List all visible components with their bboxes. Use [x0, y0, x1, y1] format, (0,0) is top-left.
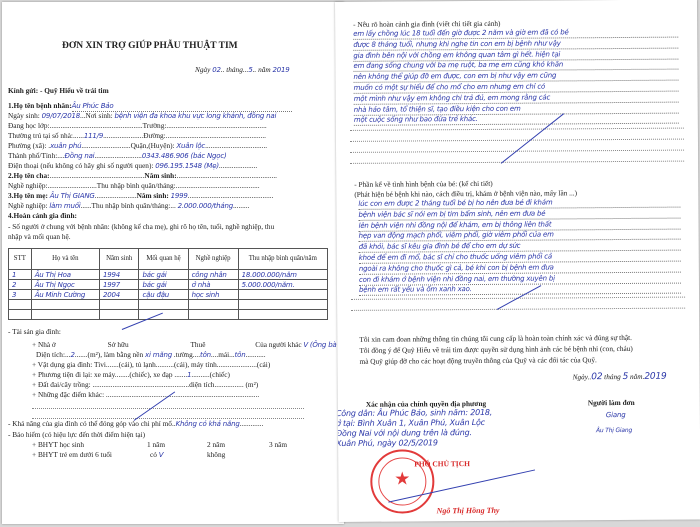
- address-row: Thường trú tại số nhà:......111/9.......…: [8, 131, 266, 141]
- applicant-heading: Người làm đơn: [588, 398, 635, 407]
- circumstance-heading: - Nêu rõ hoàn cảnh gia đình (viết chi ti…: [353, 19, 500, 29]
- table-cell: 2004: [99, 290, 139, 300]
- table-cell: bác gái: [139, 270, 188, 280]
- appliances-row: + Vật dụng gia đình: Tivi.......(cái), t…: [32, 360, 270, 369]
- text-line: Xuân Phú, ngày 02/5/2019: [336, 438, 438, 448]
- assets-heading: - Tài sản gia đình:: [8, 327, 61, 336]
- table-cell: 5.000.000/năm.: [238, 280, 327, 290]
- insurance-child-row: + BHYT trẻ em dưới 6 tuổi có V không: [32, 450, 332, 459]
- patient-dob-row: Ngày sinh: 09/07/2018...Nơi sinh: bệnh v…: [8, 111, 276, 121]
- table-header: Mối quan hệ: [139, 249, 188, 270]
- table-cell: [188, 310, 238, 320]
- table-header: STT: [9, 249, 32, 270]
- family-desc-2: nhập và mối quan hệ.: [8, 232, 71, 241]
- text-line: bệnh em rất yếu và ốm xanh xao.: [359, 284, 681, 296]
- form-page-2: - Nêu rõ hoàn cảnh gia đình (viết chi ti…: [335, 0, 700, 522]
- other-features-row: + Những đặc điểm khác: .................…: [32, 390, 259, 399]
- table-cell: [31, 310, 99, 320]
- ability-row: - Khả năng của gia đình có thể đóng góp …: [8, 419, 263, 429]
- table-cell: cậu đậu: [139, 290, 188, 300]
- illness-heading: - Phần kể về tình hình bệnh của bé: (kể …: [354, 179, 492, 189]
- table-header: Năm sinh: [99, 249, 139, 270]
- text-line: ở tại: Bình Xuân 1, Xuân Phú, Xuân Lộc: [336, 418, 485, 428]
- text-line: Tôi xin cam đoan những thông tin chúng t…: [359, 333, 632, 344]
- father-row: 2.Họ tên cha:...........................…: [8, 171, 277, 180]
- table-row: [9, 310, 328, 320]
- table-cell: Âu Thị Ngọc: [31, 280, 99, 290]
- housing-row: + Nhà ở Sở hữu Thuê Của người khác V (Ôn…: [32, 340, 344, 350]
- text-line: một cuộc sống như bao đứa trẻ khác.: [354, 114, 679, 126]
- table-cell: công nhân: [188, 270, 238, 280]
- authority-title: PHÓ CHỦ TỊCH: [414, 459, 470, 468]
- table-cell: [99, 300, 139, 310]
- insurance-heading: - Bảo hiểm (có hiệu lực đến thời điểm hi…: [8, 430, 145, 439]
- applicant-name: Âu Thị Giang: [596, 426, 632, 435]
- table-row: [9, 300, 328, 310]
- ward-row: Phường (xã): .xuân phú..................…: [8, 141, 267, 151]
- family-desc: - Số người ở chung với bệnh nhân: (không…: [8, 222, 274, 231]
- table-cell: 18.000.000/năm: [238, 270, 327, 280]
- table-cell: [238, 300, 327, 310]
- text-line: Đồng Nai với nội dung trên là đúng.: [336, 428, 472, 438]
- table-row: 2Âu Thị Ngọc1997bác gáiở nhà5.000.000/nă…: [9, 280, 328, 290]
- table-cell: [238, 310, 327, 320]
- insurance-student-row: + BHYT học sinh 1 năm 2 năm 3 năm: [32, 440, 332, 449]
- authority-signer: Ngô Thị Hồng Thy: [437, 506, 500, 515]
- vehicle-row: + Phương tiện đi lại: xe máy........(chi…: [32, 370, 230, 380]
- table-cell: học sinh: [188, 290, 238, 300]
- applicant-signature: Giang: [606, 411, 626, 420]
- mother-job-row: Nghề nghiệp: làm muối......Thu nhập bình…: [8, 201, 249, 211]
- illness-subheading: (Phát hiện bé bệnh khi nào, cách điều tr…: [354, 188, 577, 199]
- table-cell: [9, 310, 32, 320]
- table-row: 3Âu Minh Cường2004cậu đậuhọc sinh: [9, 290, 328, 300]
- table-cell: [188, 300, 238, 310]
- mother-row: 3.Họ tên mẹ: Âu Thị GIANG...............…: [8, 191, 273, 201]
- table-cell: Âu Thị Hoa: [31, 270, 99, 280]
- table-cell: 1: [9, 270, 32, 280]
- illness-text: lúc con em được 2 tháng tuổi bé bị ho nê…: [335, 0, 697, 2]
- father-job-row: Nghề nghiệp:...........................T…: [8, 181, 260, 190]
- text-line: mà Quỹ giúp đỡ cho các hoạt động truyền …: [359, 355, 596, 366]
- form-page-1: ĐƠN XIN TRỢ GIÚP PHẪU THUẬT TIM Ngày 02.…: [2, 2, 344, 524]
- table-cell: Âu Minh Cường: [31, 290, 99, 300]
- city-row: Thành phố/Tỉnh:....Đồng nai.............…: [8, 151, 227, 161]
- family-heading: 4.Hoàn cảnh gia đình:: [8, 211, 77, 220]
- table-cell: [99, 310, 139, 320]
- date-bottom: Ngày..02 tháng 5 năm.2019: [573, 372, 667, 383]
- table-header: Họ và tên: [31, 249, 99, 270]
- blank-line: [32, 408, 304, 409]
- table-cell: bác gái: [139, 280, 188, 290]
- table-cell: ở nhà: [188, 280, 238, 290]
- table-cell: 3: [9, 290, 32, 300]
- blank-line: [350, 139, 684, 142]
- blank-line: [351, 308, 685, 311]
- table-cell: [238, 290, 327, 300]
- blank-line: [350, 128, 684, 131]
- table-cell: [139, 300, 188, 310]
- recipient: Kính gửi: - Quỹ Hiểu về trái tim: [8, 86, 109, 95]
- class-row: Đang học lớp:...........................…: [8, 121, 267, 130]
- text-line: Công dân: Âu Phúc Bảo, sinh năm: 2018,: [336, 408, 492, 418]
- table-row: 1Âu Thị Hoa1994bác gáicông nhân18.000.00…: [9, 270, 328, 280]
- table-cell: 1997: [99, 280, 139, 290]
- table-cell: 1994: [99, 270, 139, 280]
- date-top: Ngày 02.. tháng...5.. năm 2019: [195, 65, 290, 75]
- circumstance-text: em lấy chồng lúc 18 tuổi đến giờ được 2 …: [335, 0, 697, 2]
- text-line: Tôi đồng ý để Quỹ Hiểu về trái tim được …: [359, 344, 632, 355]
- form-title: ĐƠN XIN TRỢ GIÚP PHẪU THUẬT TIM: [62, 42, 238, 51]
- commitment-text: Tôi xin cam đoan những thông tin chúng t…: [335, 0, 697, 2]
- household-table: STTHọ và tênNăm sinhMối quan hệNghề nghi…: [8, 248, 328, 320]
- table-header: Thu nhập bình quân/năm: [238, 249, 327, 270]
- blank-line: [350, 161, 684, 164]
- phone-row: Điện thoại (nếu không có hãy ghi số ngườ…: [8, 161, 257, 171]
- table-cell: [9, 300, 32, 310]
- table-header: Nghề nghiệp: [188, 249, 238, 270]
- authority-confirmation: Công dân: Âu Phúc Bảo, sinh năm: 2018,ở …: [335, 0, 697, 2]
- table-cell: 2: [9, 280, 32, 290]
- table-cell: [31, 300, 99, 310]
- area-row: Diện tích:...2.......(m²), làm bằng nền …: [36, 350, 266, 360]
- land-row: + Đất đai/cây trồng: ...................…: [32, 380, 258, 389]
